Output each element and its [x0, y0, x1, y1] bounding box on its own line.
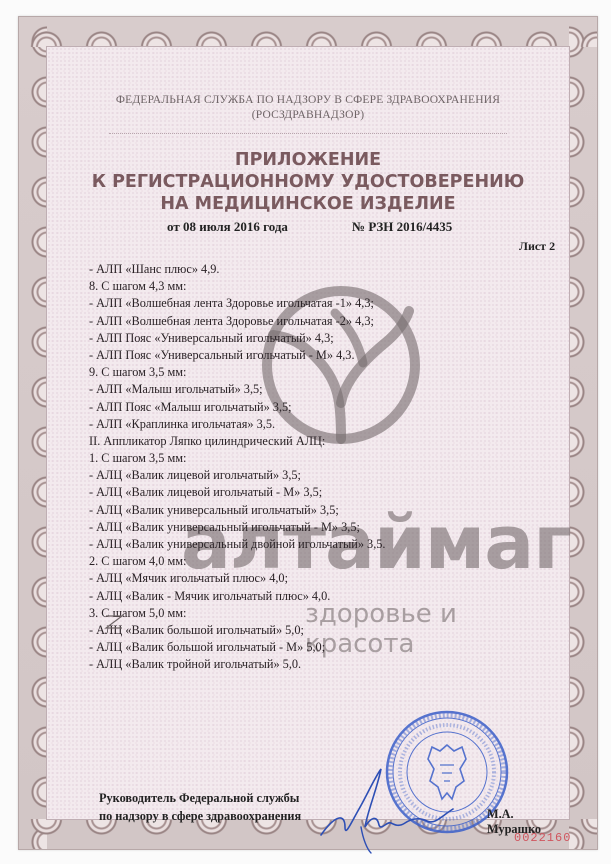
list-item: - АЛЦ «Валик большой игольчатый - М» 5,0…: [89, 639, 386, 656]
header-divider: [109, 133, 507, 135]
signer-name: М.А. Мурашко: [487, 807, 569, 837]
signer-title-line: по надзору в сфере здравоохранения: [99, 807, 301, 825]
list-item: - АЛЦ «Валик универсальный игольчатый - …: [89, 519, 386, 536]
list-item: 1. С шагом 3,5 мм:: [89, 450, 386, 467]
issue-date: от 08 июля 2016 года: [167, 219, 288, 235]
title-line: НА МЕДИЦИНСКОЕ ИЗДЕЛИЕ: [47, 193, 569, 215]
list-item: - АЛП Пояс «Универсальный игольчатый - М…: [89, 347, 386, 364]
agency-header: ФЕДЕРАЛЬНАЯ СЛУЖБА ПО НАДЗОРУ В СФЕРЕ ЗД…: [47, 93, 569, 123]
list-item: 2. С шагом 4,0 мм:: [89, 553, 386, 570]
signer-title: Руководитель Федеральной службы по надзо…: [99, 789, 301, 825]
document-title: ПРИЛОЖЕНИЕ К РЕГИСТРАЦИОННОМУ УДОСТОВЕРЕ…: [47, 149, 569, 215]
certificate-sheet: ФЕДЕРАЛЬНАЯ СЛУЖБА ПО НАДЗОРУ В СФЕРЕ ЗД…: [18, 16, 598, 850]
list-item: - АЛЦ «Валик лицевой игольчатый» 3,5;: [89, 467, 386, 484]
sheet-number: Лист 2: [519, 239, 555, 254]
list-item: - АЛП «Малыш игольчатый» 3,5;: [89, 381, 386, 398]
list-item: - АЛП «Волшебная лента Здоровье игольчат…: [89, 313, 386, 330]
list-item: - АЛП Пояс «Универсальный игольчатый» 4,…: [89, 330, 386, 347]
registration-number: № РЗН 2016/4435: [352, 219, 452, 235]
list-item: 9. С шагом 3,5 мм:: [89, 364, 386, 381]
list-item: - АЛЦ «Валик - Мячик игольчатый плюс» 4,…: [89, 588, 386, 605]
title-line: К РЕГИСТРАЦИОННОМУ УДОСТОВЕРЕНИЮ: [47, 171, 569, 193]
title-line: ПРИЛОЖЕНИЕ: [47, 149, 569, 171]
list-item: - АЛЦ «Валик большой игольчатый» 5,0;: [89, 622, 386, 639]
list-item: - АЛЦ «Мячик игольчатый плюс» 4,0;: [89, 570, 386, 587]
signer-title-line: Руководитель Федеральной службы: [99, 789, 301, 807]
list-item: - АЛЦ «Валик тройной игольчатый» 5,0.: [89, 656, 386, 673]
list-item: 8. С шагом 4,3 мм:: [89, 278, 386, 295]
list-item: - АЛП «Шанс плюс» 4,9.: [89, 261, 386, 278]
signature-icon: [315, 765, 465, 855]
list-item: - АЛП «Краплинка игольчатая» 3,5.: [89, 416, 386, 433]
list-item: - АЛЦ «Валик универсальный игольчатый» 3…: [89, 502, 386, 519]
list-item: - АЛП «Волшебная лента Здоровье игольчат…: [89, 295, 386, 312]
list-item: 3. С шагом 5,0 мм:: [89, 605, 386, 622]
list-item: - АЛП Пояс «Малыш игольчатый» 3,5;: [89, 399, 386, 416]
certificate-body: ФЕДЕРАЛЬНАЯ СЛУЖБА ПО НАДЗОРУ В СФЕРЕ ЗД…: [46, 46, 570, 820]
list-item: - АЛЦ «Валик лицевой игольчатый - М» 3,5…: [89, 484, 386, 501]
list-item: - АЛЦ «Валик универсальный двойной иголь…: [89, 536, 386, 553]
device-list: - АЛП «Шанс плюс» 4,9.8. С шагом 4,3 мм:…: [89, 261, 386, 674]
agency-abbr: (РОСЗДРАВНАДЗОР): [47, 108, 569, 123]
agency-name: ФЕДЕРАЛЬНАЯ СЛУЖБА ПО НАДЗОРУ В СФЕРЕ ЗД…: [47, 93, 569, 108]
list-item: II. Аппликатор Ляпко цилиндрический АЛЦ:: [89, 433, 386, 450]
z-mark-icon: [103, 613, 125, 631]
